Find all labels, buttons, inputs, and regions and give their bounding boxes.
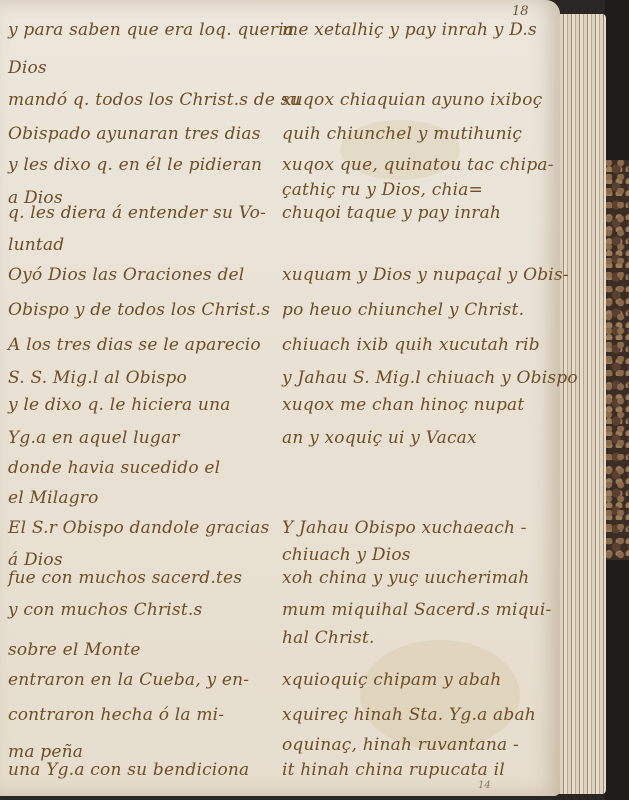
spanish-line: Dios xyxy=(8,58,47,78)
translation-line: xquireç hinah Sta. Yg.a abah xyxy=(282,705,536,725)
spanish-line: donde havia sucedido el xyxy=(8,458,220,478)
translation-line: chiuach ixib quih xucutah rib xyxy=(282,335,540,355)
translation-line: xuquam y Dios y nupaçal y Obis- xyxy=(282,265,569,285)
spanish-line: Obispado ayunaran tres dias xyxy=(8,124,261,144)
spanish-line: el Milagro xyxy=(8,488,99,508)
spanish-line: luntad xyxy=(8,235,64,255)
translation-line: xquioquiç chipam y abah xyxy=(282,670,501,690)
translation-line: it hinah china rupucata il xyxy=(282,760,505,780)
spanish-line: una Yg.a con su bendiciona xyxy=(8,760,249,780)
translation-line: po heuo chiunchel y Christ. xyxy=(282,300,524,320)
marbled-cover-edge xyxy=(605,160,629,560)
translation-line: y Jahau S. Mig.l chiuach y Obispo xyxy=(282,368,578,388)
spanish-line: Yg.a en aquel lugar xyxy=(8,428,180,448)
spanish-line: sobre el Monte xyxy=(8,640,141,660)
translation-line: çathiç ru y Dios, chia= xyxy=(282,180,483,200)
spanish-line: á Dios xyxy=(8,550,63,570)
spanish-line: Obispo y de todos los Christ.s xyxy=(8,300,270,320)
translation-line: chuqoi taque y pay inrah xyxy=(282,203,501,223)
spanish-line: El S.r Obispo dandole gracias xyxy=(8,518,269,538)
folio-number-bottom: 14 xyxy=(478,780,491,791)
translation-line: me xetalhiç y pay inrah y D.s xyxy=(282,20,537,40)
spanish-line: y para saben que era loq. queria xyxy=(8,20,294,40)
spanish-line: ma peña xyxy=(8,742,83,762)
spanish-line: contraron hecha ó la mi- xyxy=(8,705,224,725)
spanish-line: y le dixo q. le hiciera una xyxy=(8,395,231,415)
translation-line: xuqox que, quinatou tac chipa- xyxy=(282,155,554,175)
translation-line: xoh china y yuç uucherimah xyxy=(282,568,529,588)
translation-line: mum miquihal Sacerd.s miqui- xyxy=(282,600,551,620)
translation-line: an y xoquiç ui y Vacax xyxy=(282,428,477,448)
translation-line: xuqox me chan hinoç nupat xyxy=(282,395,524,415)
spanish-line: y les dixo q. en él le pidieran xyxy=(8,155,262,175)
spanish-line: mandó q. todos los Christ.s de su xyxy=(8,90,301,110)
translation-line: quih chiunchel y mutihuniç xyxy=(282,124,522,144)
translation-line: oquinaç, hinah ruvantana - xyxy=(282,735,519,755)
spanish-line: q. les diera á entender su Vo- xyxy=(8,203,266,223)
spanish-line: A los tres dias se le aparecio xyxy=(8,335,261,355)
translation-line: chiuach y Dios xyxy=(282,545,411,565)
spanish-line: Oyó Dios las Oraciones del xyxy=(8,265,244,285)
translation-line: Y Jahau Obispo xuchaeach - xyxy=(282,518,527,538)
translation-line: hal Christ. xyxy=(282,628,375,648)
spanish-line: S. S. Mig.l al Obispo xyxy=(8,368,187,388)
paper-stain xyxy=(360,640,520,750)
translation-line: xuqox chiaquian ayuno ixiboç xyxy=(282,90,542,110)
spanish-line: y con muchos Christ.s xyxy=(8,600,202,620)
spanish-line: entraron en la Cueba, y en- xyxy=(8,670,249,690)
manuscript-page: 18 14 y para saben que era loq. queria D… xyxy=(0,0,560,796)
spanish-line: fue con muchos sacerd.tes xyxy=(8,568,242,588)
folio-number: 18 xyxy=(512,4,529,19)
